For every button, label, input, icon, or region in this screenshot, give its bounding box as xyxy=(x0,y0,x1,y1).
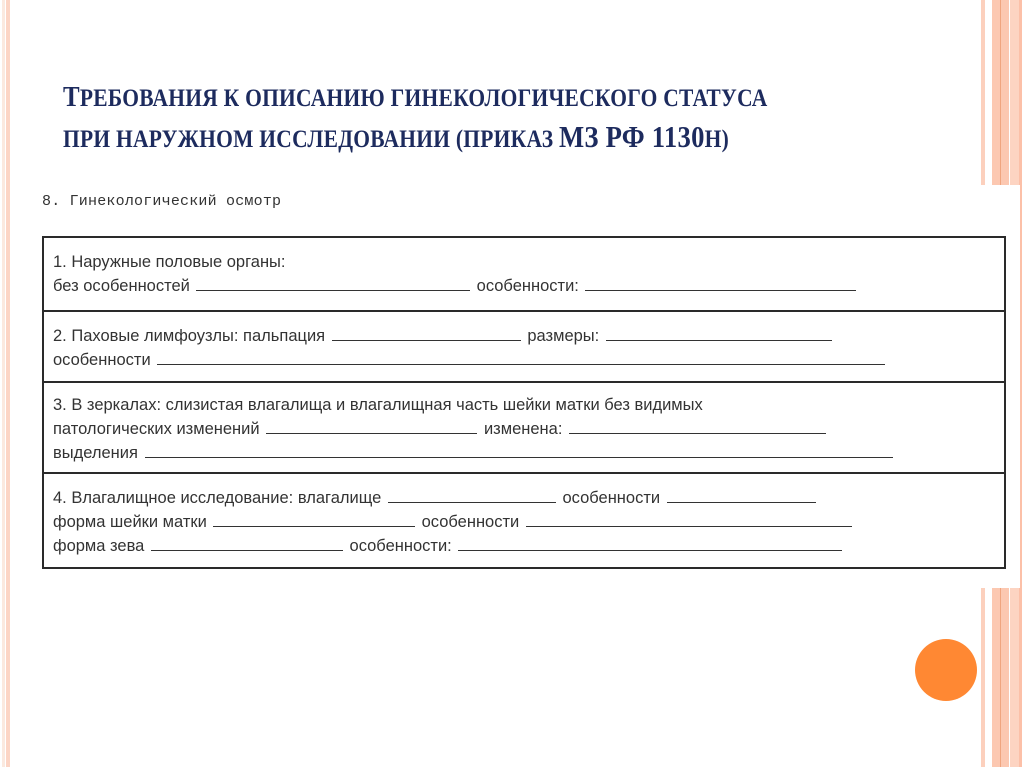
form-label: размеры: xyxy=(523,327,604,345)
form-label: форма зева xyxy=(53,537,149,555)
form-line: патологических изменений изменена: xyxy=(53,417,998,441)
title-line-2: при наружном исследовании (приказ МЗ РФ … xyxy=(63,118,975,159)
fill-in-blank xyxy=(157,348,885,365)
decorative-orange-circle xyxy=(915,639,977,701)
fill-in-blank xyxy=(606,324,833,341)
form-line: форма зева особенности: xyxy=(53,534,998,558)
left-decor-stripe xyxy=(6,0,10,767)
form-section-3: 3. В зеркалах: слизистая влагалища и вла… xyxy=(44,381,1004,472)
fill-in-blank xyxy=(266,417,477,434)
form-label: 3. В зеркалах: слизистая влагалища и вла… xyxy=(53,396,707,414)
form-line: форма шейки матки особенности xyxy=(53,510,998,534)
form-line: без особенностей особенности: xyxy=(53,274,998,298)
form-line: 1. Наружные половые органы: xyxy=(53,251,998,274)
fill-in-blank xyxy=(196,274,470,291)
form-line: 4. Влагалищное исследование: влагалище о… xyxy=(53,486,998,510)
form-line: 2. Паховые лимфоузлы: пальпация размеры: xyxy=(53,324,998,348)
title-initial: Т xyxy=(63,81,80,113)
section-heading: 8. Гинекологический осмотр xyxy=(42,193,281,210)
fill-in-blank xyxy=(569,417,826,434)
form-label: выделения xyxy=(53,444,143,462)
form-label: особенности xyxy=(417,513,524,531)
form-section-4: 4. Влагалищное исследование: влагалище о… xyxy=(44,472,1004,567)
title-order-number: МЗ РФ 1130 xyxy=(559,119,705,154)
fill-in-blank xyxy=(151,534,343,551)
title-line-1: Требования к описанию гинекологического … xyxy=(63,78,975,118)
form-label: форма шейки матки xyxy=(53,513,211,531)
fill-in-blank xyxy=(667,486,816,503)
fill-in-blank xyxy=(585,274,856,291)
form-label: 4. Влагалищное исследование: влагалище xyxy=(53,489,386,507)
fill-in-blank xyxy=(145,441,894,458)
form-label: особенности xyxy=(558,489,665,507)
fill-in-blank xyxy=(458,534,842,551)
form-label: особенности: xyxy=(345,537,456,555)
form-label: особенности: xyxy=(472,277,583,295)
form-label: изменена: xyxy=(479,420,567,438)
title-text: н) xyxy=(705,126,729,153)
fill-in-blank xyxy=(388,486,556,503)
exam-form-image: 8. Гинекологический осмотр 1. Наружные п… xyxy=(30,185,1020,588)
form-label: 2. Паховые лимфоузлы: пальпация xyxy=(53,327,330,345)
fill-in-blank xyxy=(526,510,852,527)
title-text: при наружном исследовании (приказ xyxy=(63,126,559,153)
slide-title: Требования к описанию гинекологического … xyxy=(63,78,975,159)
form-section-1: 1. Наружные половые органы: без особенно… xyxy=(44,238,1004,310)
form-line: выделения xyxy=(53,441,998,465)
left-decor-stripe xyxy=(2,0,5,767)
form-section-2: 2. Паховые лимфоузлы: пальпация размеры:… xyxy=(44,310,1004,381)
exam-form-table: 1. Наружные половые органы: без особенно… xyxy=(42,236,1006,569)
form-label: особенности xyxy=(53,351,155,369)
fill-in-blank xyxy=(213,510,415,527)
fill-in-blank xyxy=(332,324,521,341)
form-label: патологических изменений xyxy=(53,420,264,438)
form-label: без особенностей xyxy=(53,277,194,295)
form-line: 3. В зеркалах: слизистая влагалища и вла… xyxy=(53,394,998,417)
title-text: ребования к описанию гинекологического с… xyxy=(80,85,768,112)
form-line: особенности xyxy=(53,348,998,372)
form-label: 1. Наружные половые органы: xyxy=(53,253,290,271)
